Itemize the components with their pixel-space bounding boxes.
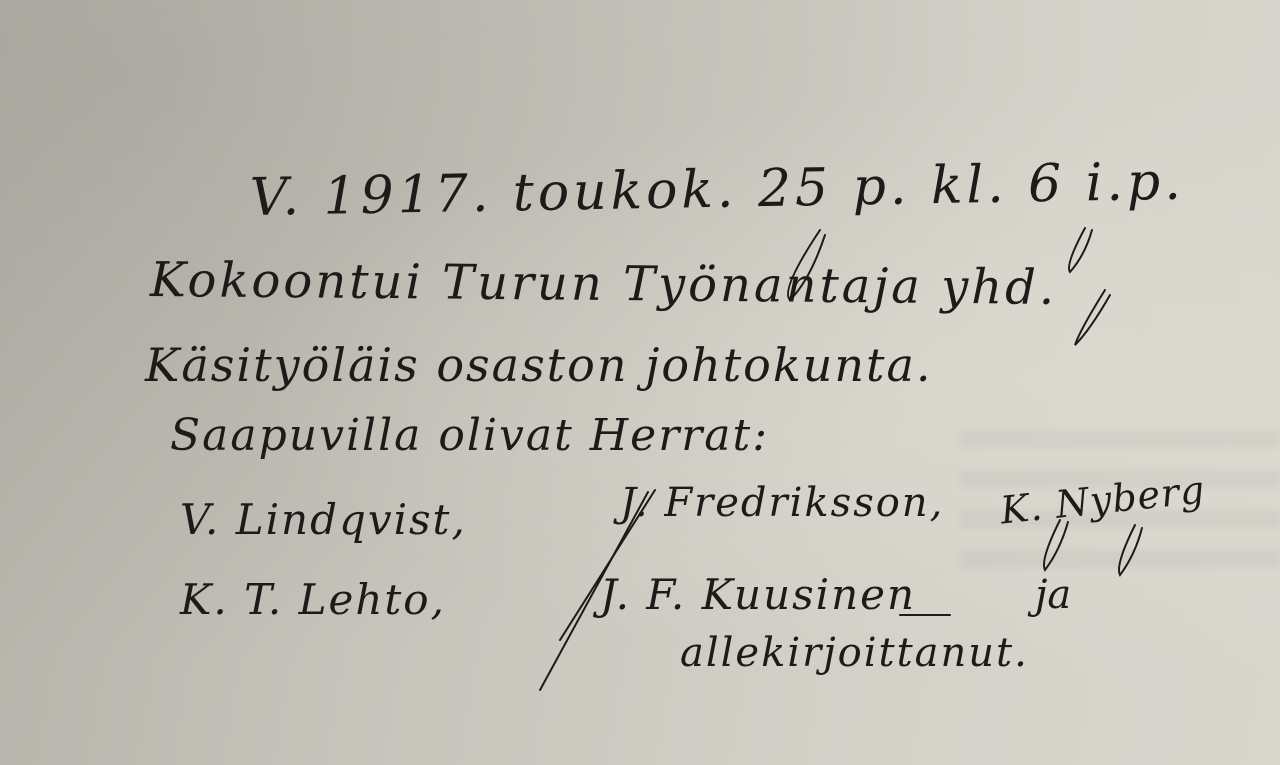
closing-signatory: allekirjoittanut. (680, 630, 1029, 676)
attendees-heading: Saapuvilla olivat Herrat: (170, 410, 769, 461)
attendee-lindqvist: V. Lindqvist, (180, 495, 467, 544)
attendee-lehto: K. T. Lehto, (180, 575, 446, 624)
board-line: Käsityöläis osaston johtokunta. (145, 338, 933, 392)
closing-conjunction: ja (1035, 572, 1071, 618)
meeting-line: Kokoontui Turun Työnantaja yhd. (150, 252, 1058, 316)
attendee-kuusinen: J. F. Kuusinen (600, 570, 916, 619)
attendee-fredriksson: J. Fredriksson, (620, 480, 944, 526)
